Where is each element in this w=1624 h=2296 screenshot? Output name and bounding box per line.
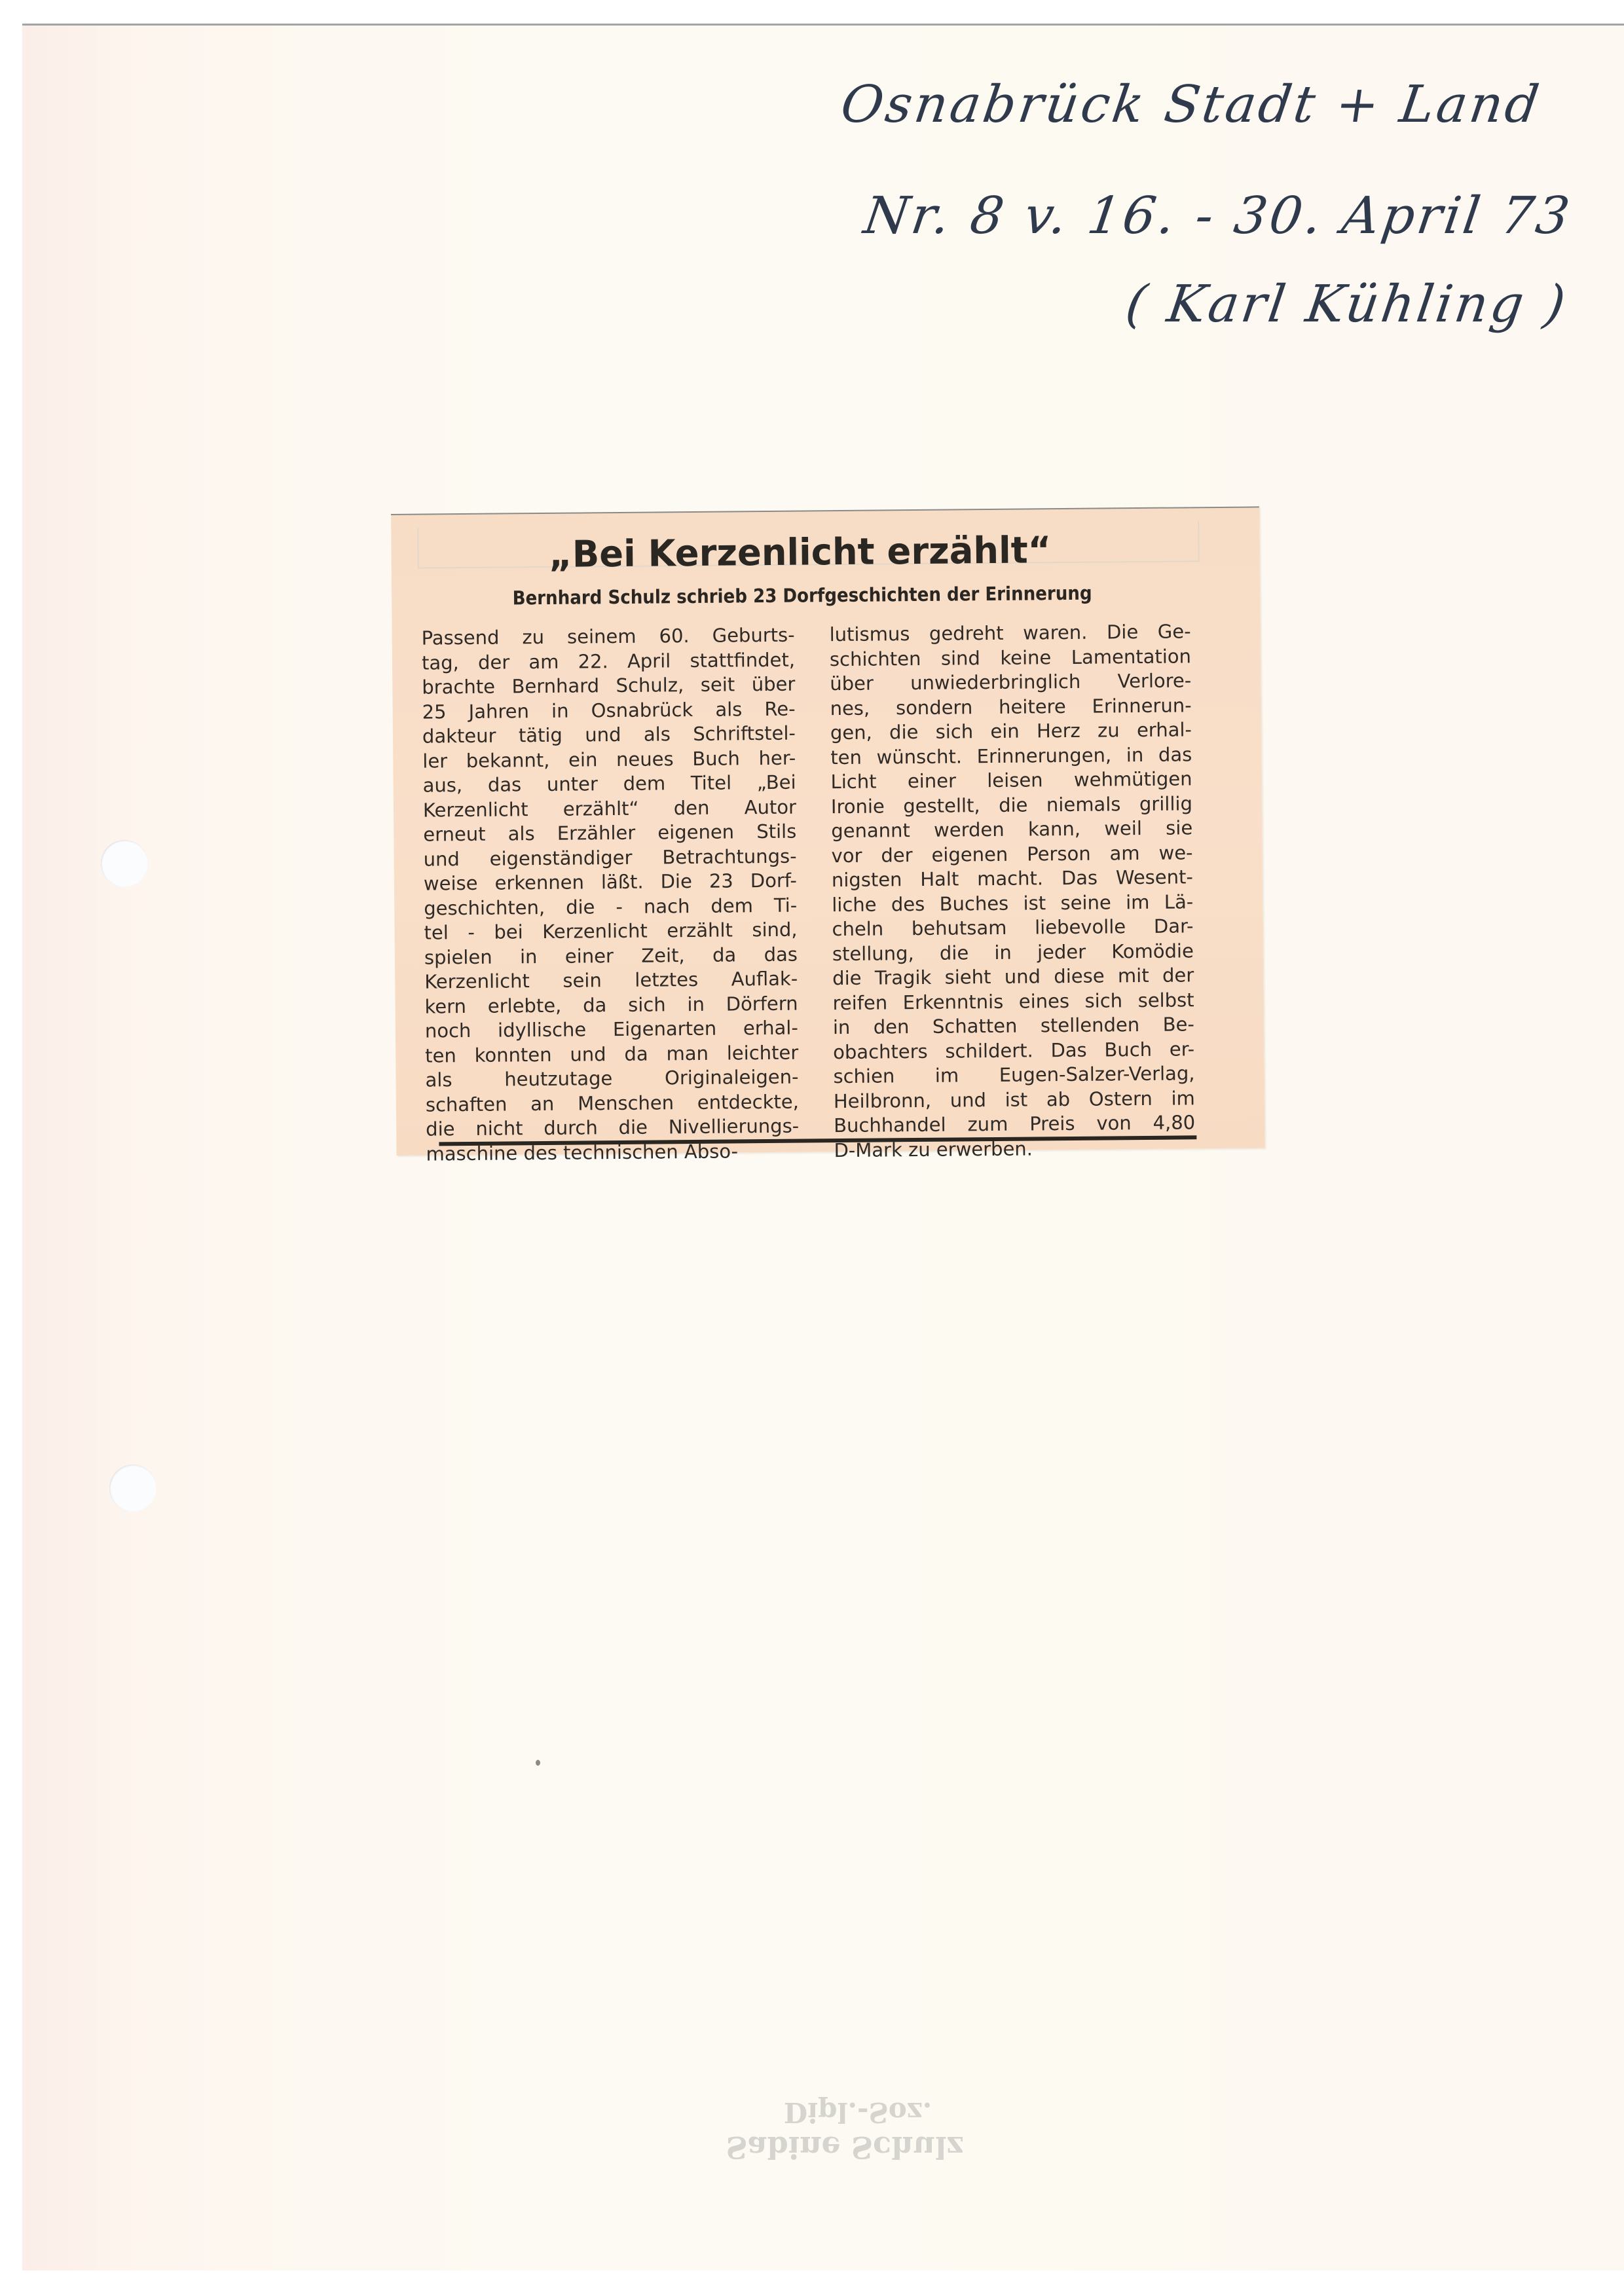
handwritten-source-name: Osnabrück Stadt + Land (838, 75, 1545, 134)
article-line: und eigenständiger Betrachtungs- (423, 844, 796, 871)
article-line: geschichten, die - nach dem Ti- (424, 893, 797, 920)
article-headline: „Bei Kerzenlicht erzählt“ (404, 528, 1247, 577)
article-line: über unwiederbringlich Verlore- (830, 668, 1191, 696)
article-line: nigsten Halt macht. Das Wesent- (832, 865, 1193, 892)
article-line: tag, der am 22. April stattfindet, (422, 647, 795, 675)
article-line: ler bekannt, ein neues Buch her- (422, 746, 796, 773)
article-line: stellung, die in jeder Komödie (832, 939, 1194, 966)
article-line: Kerzenlicht erzählt“ den Autor (423, 795, 796, 822)
article-line: nes, sondern heitere Erinnerun- (830, 693, 1191, 721)
article-line: reifen Erkenntnis eines sich selbst (832, 988, 1194, 1015)
article-line: vor der eigenen Person am we- (831, 841, 1192, 868)
article-line: schien im Eugen-Salzer-Verlag, (833, 1061, 1194, 1089)
article-line: noch idyllische Eigenarten erhal- (425, 1016, 798, 1044)
stamp-title: Dipl.-Soz. (714, 2095, 976, 2129)
article-line: ten wünscht. Erinnerungen, in das (830, 742, 1192, 770)
handwritten-author-note: ( Karl Kühling ) (1122, 275, 1572, 334)
article-line: brachte Bernhard Schulz, seit über (422, 672, 795, 700)
punch-hole (109, 1465, 157, 1512)
punch-hole (101, 840, 148, 887)
article-line: Heilbronn, und ist ab Ostern im (834, 1086, 1195, 1114)
article-subheadline: Bernhard Schulz schrieb 23 Dorfgeschicht… (435, 581, 1217, 610)
article-line: Buchhandel zum Preis von 4,80 (834, 1110, 1195, 1138)
article-line: kern erlebte, da sich in Dörfern (424, 991, 798, 1019)
article-column-2: lutismus gedreht waren. Die Ge-schichten… (829, 619, 1195, 1163)
article-column-1: Passend zu seinem 60. Geburts-tag, der a… (421, 623, 799, 1167)
stamp-bleedthrough: Sabine Schulz Dipl.-Soz. (714, 2095, 976, 2166)
article-line: genannt werden kann, weil sie (831, 816, 1192, 843)
stamp-name: Sabine Schulz (714, 2129, 976, 2166)
article-line: die nicht durch die Nivellierungs- (426, 1114, 799, 1142)
article-line: lutismus gedreht waren. Die Ge- (829, 619, 1190, 647)
article-line: Kerzenlicht sein letztes Auflak- (424, 967, 798, 994)
article-line: als heutzutage Originaleigen- (425, 1065, 798, 1093)
article-line: erneut als Erzähler eigenen Stils (423, 820, 796, 847)
article-line: Licht einer leisen wehmütigen (830, 767, 1192, 794)
article-line: Ironie gestellt, die niemals grillig (831, 792, 1192, 819)
article-line: cheln behutsam liebevolle Dar- (832, 914, 1193, 941)
handwritten-issue-date: Nr. 8 v. 16. - 30. April 73 (860, 187, 1576, 246)
article-line: aus, das unter dem Titel „Bei (422, 771, 796, 798)
article-line: in den Schatten stellenden Be- (833, 1012, 1194, 1040)
article-line: liche des Buches ist seine im Lä- (832, 890, 1193, 917)
article-line: schaften an Menschen entdeckte, (426, 1089, 799, 1117)
article-line: tel - bei Kerzenlicht erzählt sind, (424, 918, 797, 945)
article-line: ten konnten und da man leichter (425, 1040, 798, 1068)
article-line: 25 Jahren in Osnabrück als Re- (422, 697, 795, 724)
article-line: Passend zu seinem 60. Geburts- (421, 623, 794, 651)
article-line: obachters schildert. Das Buch er- (833, 1037, 1194, 1065)
article-line: weise erkennen läßt. Die 23 Dorf- (424, 869, 797, 896)
article-line: schichten sind keine Lamentation (830, 644, 1191, 672)
newspaper-clipping: „Bei Kerzenlicht erzählt“ Bernhard Schul… (391, 506, 1265, 1156)
paper-speck (536, 1760, 540, 1766)
article-line: gen, die sich ein Herz zu erhal- (830, 718, 1192, 745)
article-line: die Tragik sieht und diese mit der (832, 963, 1194, 991)
article-line: dakteur tätig und als Schriftstel- (422, 721, 796, 749)
article-line: spielen in einer Zeit, da das (424, 942, 798, 970)
